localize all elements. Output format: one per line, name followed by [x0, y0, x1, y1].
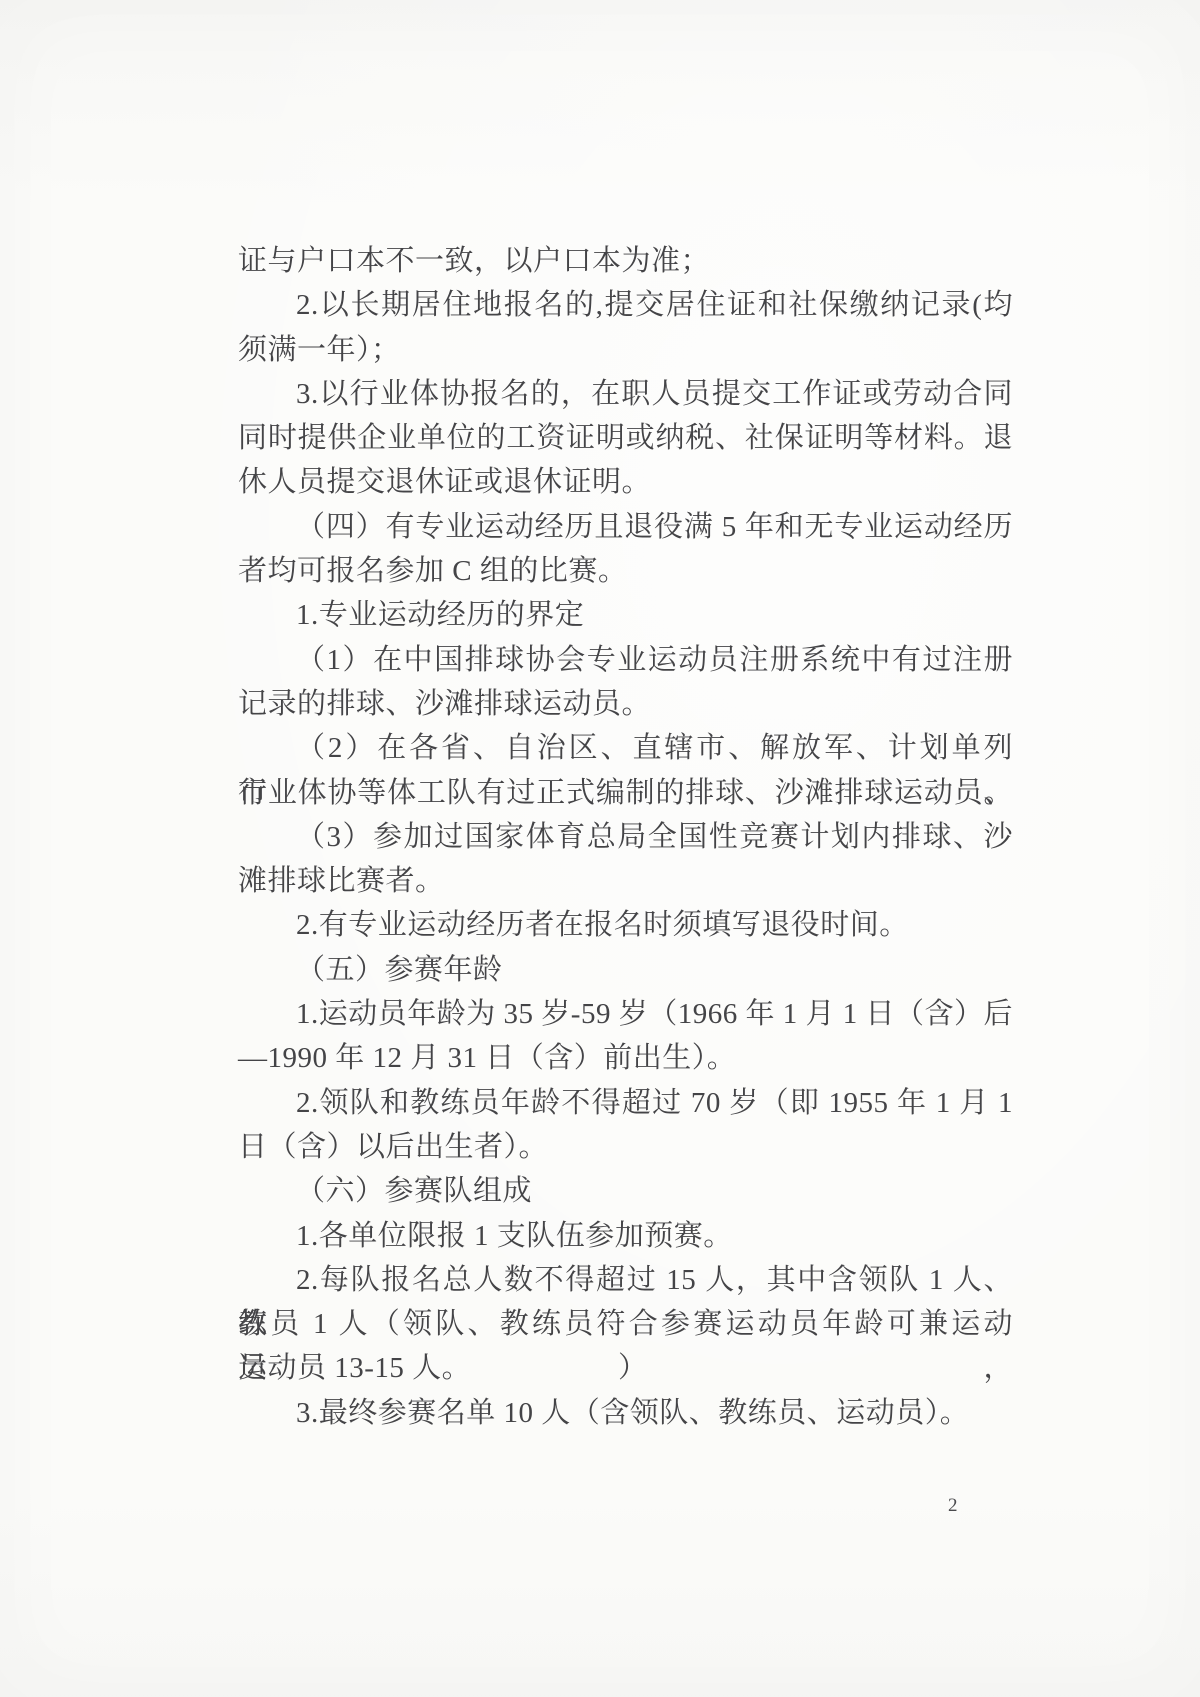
text-line: 2.领队和教练员年龄不得超过 70 岁（即 1955 年 1 月 1 [238, 1081, 1013, 1125]
text-line: （3）参加过国家体育总局全国性竞赛计划内排球、沙 [238, 815, 1013, 859]
text-line: 2.每队报名总人数不得超过 15 人，其中含领队 1 人、教 [238, 1258, 1013, 1302]
text-line: （五）参赛年龄 [238, 948, 1013, 992]
text-line: 日（含）以后出生者）。 [238, 1125, 1013, 1169]
text-line: 同时提供企业单位的工资证明或纳税、社保证明等材料。退 [238, 416, 1013, 460]
text-line: 1.各单位限报 1 支队伍参加预赛。 [238, 1214, 1013, 1258]
text-line: （2）在各省、自治区、直辖市、解放军、计划单列市、 [238, 726, 1013, 770]
text-line: 须满一年）； [238, 328, 1013, 372]
text-line: 滩排球比赛者。 [238, 859, 1013, 903]
text-line: （四）有专业运动经历且退役满 5 年和无专业运动经历 [238, 505, 1013, 549]
document-text-block: 证与户口本不一致，以户口本为准； 2.以长期居住地报名的,提交居住证和社保缴纳记… [238, 239, 1013, 1435]
text-line: 3.最终参赛名单 10 人（含领队、教练员、运动员）。 [238, 1391, 1013, 1435]
text-line: 2.以长期居住地报名的,提交居住证和社保缴纳记录(均 [238, 283, 1013, 327]
text-line: 练员 1 人（领队、教练员符合参赛运动员年龄可兼运动员）， [238, 1302, 1013, 1346]
document-page: 证与户口本不一致，以户口本为准； 2.以长期居住地报名的,提交居住证和社保缴纳记… [0, 0, 1200, 1697]
text-line: 2.有专业运动经历者在报名时须填写退役时间。 [238, 903, 1013, 947]
text-line: 行业体协等体工队有过正式编制的排球、沙滩排球运动员。 [238, 771, 1013, 815]
text-line: 3.以行业体协报名的，在职人员提交工作证或劳动合同 [238, 372, 1013, 416]
text-line: （1）在中国排球协会专业运动员注册系统中有过注册 [238, 638, 1013, 682]
text-line: （六）参赛队组成 [238, 1169, 1013, 1213]
text-line: 1.运动员年龄为 35 岁-59 岁（1966 年 1 月 1 日（含）后 [238, 992, 1013, 1036]
text-line: 者均可报名参加 C 组的比赛。 [238, 549, 1013, 593]
text-line: 证与户口本不一致，以户口本为准； [238, 239, 1013, 283]
page-number: 2 [948, 1494, 958, 1518]
text-line: 记录的排球、沙滩排球运动员。 [238, 682, 1013, 726]
text-line: —1990 年 12 月 31 日（含）前出生）。 [238, 1036, 1013, 1080]
text-line: 1.专业运动经历的界定 [238, 593, 1013, 637]
text-line: 休人员提交退休证或退休证明。 [238, 460, 1013, 504]
